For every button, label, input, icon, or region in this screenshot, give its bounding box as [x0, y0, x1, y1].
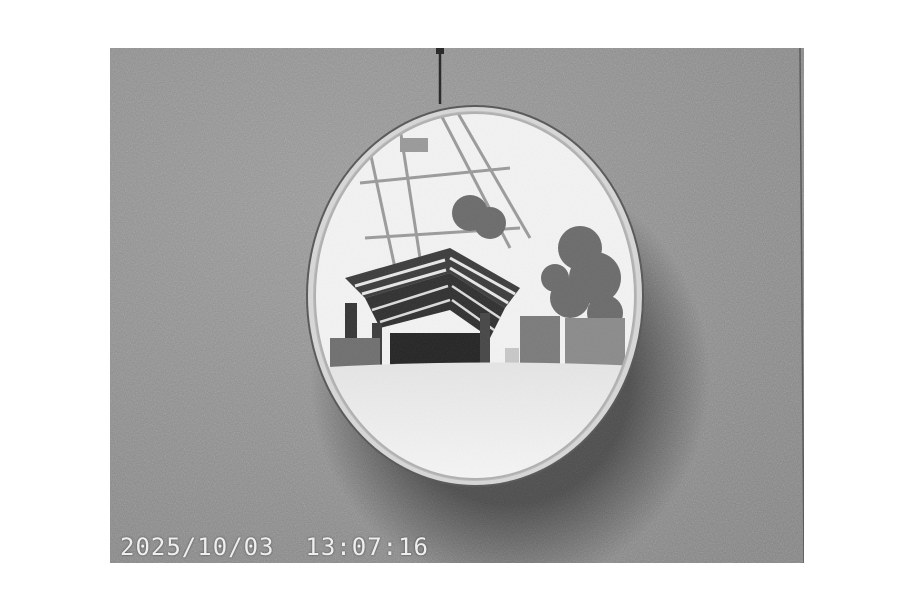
mirror-scene: [110, 48, 804, 563]
timestamp-time: 13:07:16: [305, 533, 429, 561]
timestamp-overlay: 2025/10/03 13:07:16: [120, 533, 429, 561]
timestamp-date: 2025/10/03: [120, 533, 275, 561]
camera-photo: 2025/10/03 13:07:16: [110, 48, 804, 563]
